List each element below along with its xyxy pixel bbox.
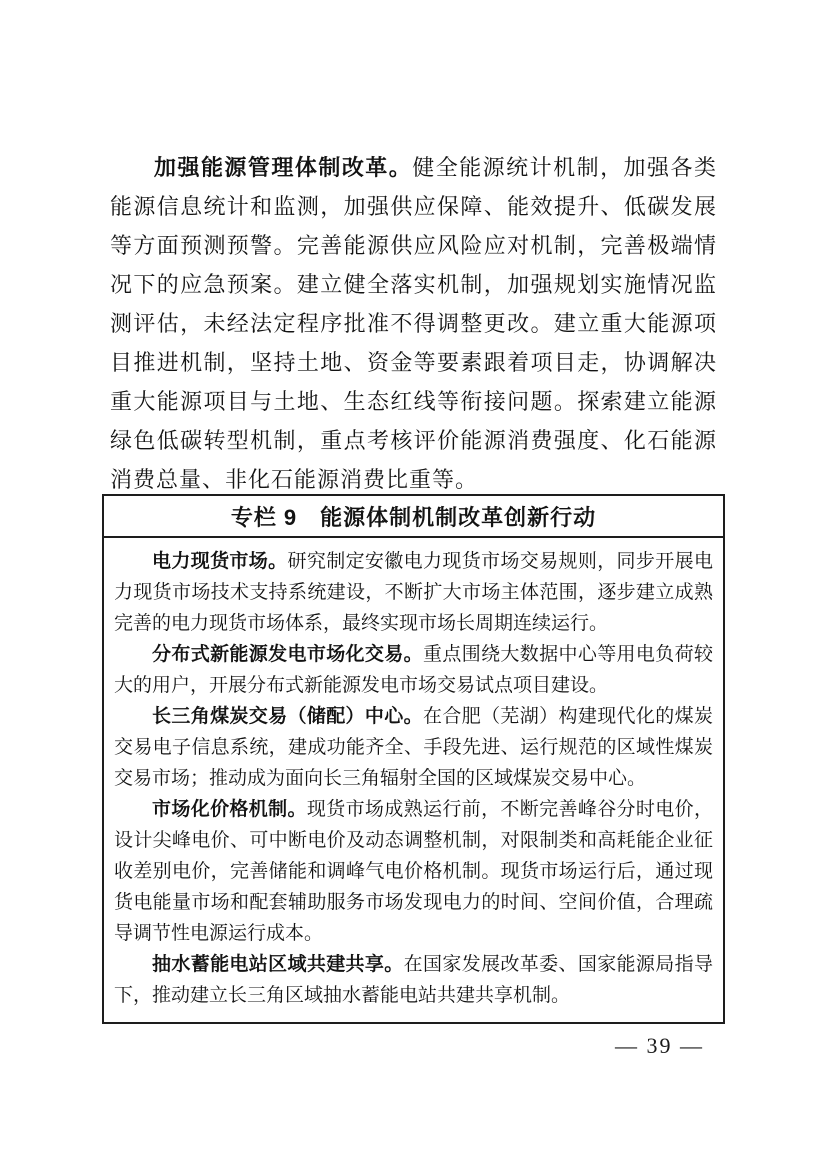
item-lead: 长三角煤炭交易（储配）中心。 bbox=[152, 706, 423, 727]
callout-box: 专栏 9 能源体制机制改革创新行动 电力现货市场。研究制定安徽电力现货市场交易规… bbox=[102, 494, 725, 1024]
page-number: — 39 — bbox=[615, 1033, 704, 1059]
box-title-row: 专栏 9 能源体制机制改革创新行动 bbox=[104, 496, 723, 538]
box-item: 市场化价格机制。现货市场成熟运行前，不断完善峰谷分时电价，设计尖峰电价、可中断电… bbox=[114, 794, 713, 949]
document-page: { "page": { "background_color": "#ffffff… bbox=[0, 0, 826, 1169]
box-item: 抽水蓄能电站区域共建共享。在国家发展改革委、国家能源局指导下，推动建立长三角区域… bbox=[114, 949, 713, 1011]
paragraph-body: 健全能源统计机制，加强各类能源信息统计和监测，加强供应保障、能效提升、低碳发展等… bbox=[110, 155, 717, 492]
box-body: 电力现货市场。研究制定安徽电力现货市场交易规则，同步开展电力现货市场技术支持系统… bbox=[104, 538, 723, 1022]
box-item: 长三角煤炭交易（储配）中心。在合肥（芜湖）构建现代化的煤炭交易电子信息系统，建成… bbox=[114, 701, 713, 794]
item-lead: 市场化价格机制。 bbox=[152, 799, 307, 820]
item-lead: 电力现货市场。 bbox=[152, 551, 288, 572]
paragraph-lead: 加强能源管理体制改革。 bbox=[154, 155, 412, 180]
box-item: 分布式新能源发电市场化交易。重点围绕大数据中心等用电负荷较大的用户，开展分布式新… bbox=[114, 639, 713, 701]
box-item: 电力现货市场。研究制定安徽电力现货市场交易规则，同步开展电力现货市场技术支持系统… bbox=[114, 546, 713, 639]
text-column: 加强能源管理体制改革。健全能源统计机制，加强各类能源信息统计和监测，加强供应保障… bbox=[110, 0, 717, 499]
item-lead: 抽水蓄能电站区域共建共享。 bbox=[152, 954, 404, 975]
main-paragraph: 加强能源管理体制改革。健全能源统计机制，加强各类能源信息统计和监测，加强供应保障… bbox=[110, 0, 717, 499]
box-title: 专栏 9 能源体制机制改革创新行动 bbox=[231, 501, 596, 532]
item-lead: 分布式新能源发电市场化交易。 bbox=[152, 644, 423, 665]
item-body: 现货市场成熟运行前，不断完善峰谷分时电价，设计尖峰电价、可中断电价及动态调整机制… bbox=[114, 799, 713, 944]
